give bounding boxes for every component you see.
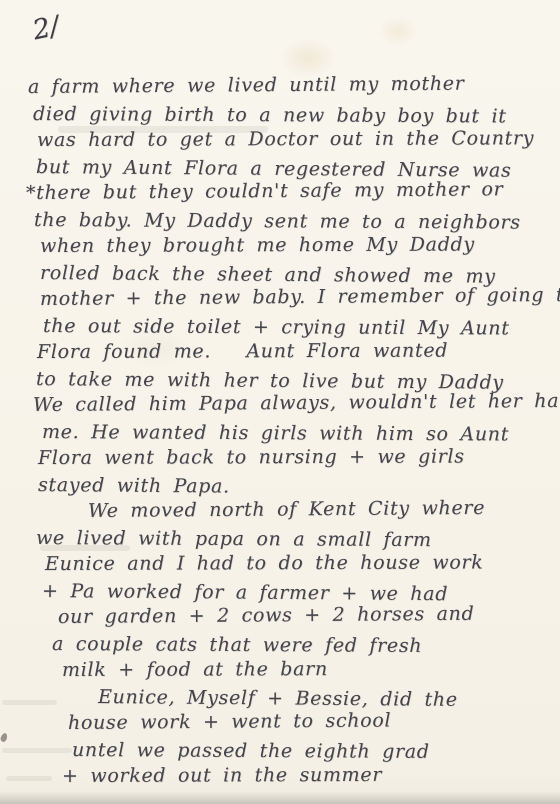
handwritten-line: Eunice and I had to do the house work (45, 549, 560, 577)
handwritten-line: milk + food at the barn (62, 655, 560, 683)
handwritten-line: *there but they couldn't safe my mother … (26, 176, 560, 207)
handwritten-line: house work + went to school (68, 706, 560, 736)
handwritten-line-paragraph-start: We moved north of Kent City where (88, 494, 560, 524)
paper-stain (378, 16, 418, 46)
handwritten-line: Flora went back to nursing + we girls (38, 443, 560, 471)
handwritten-line: We called him Papa always, wouldn't let … (33, 388, 560, 419)
page-number: 2/ (30, 11, 62, 47)
scanned-handwritten-page: 2/ a farm where we lived until my mother… (0, 0, 560, 804)
handwritten-line: Flora found me. Aunt Flora wanted (37, 337, 560, 365)
handwritten-text-block: a farm where we lived until my mother di… (0, 74, 560, 790)
handwritten-line: when they brought me home My Daddy (40, 231, 560, 259)
handwritten-line: our garden + 2 cows + 2 horses and (58, 600, 560, 630)
handwritten-line: was hard to get a Doctor out in the Coun… (37, 125, 560, 153)
handwritten-line: mother + the new baby. I remember of goi… (40, 282, 560, 313)
handwritten-line: a farm where we lived until my mother (28, 70, 560, 101)
handwritten-line: + worked out in the summer (62, 761, 560, 789)
scan-edge-shadow (0, 791, 560, 804)
